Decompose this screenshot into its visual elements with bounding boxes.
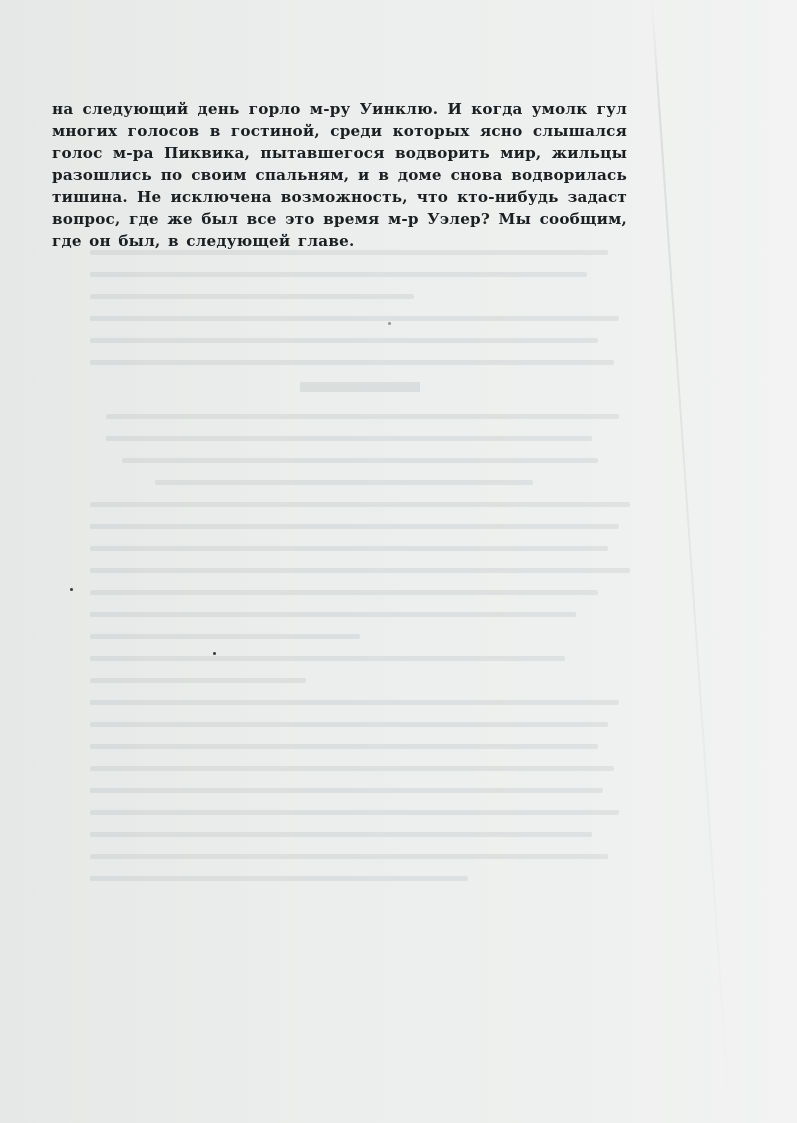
ink-speck [213, 652, 216, 655]
book-page: на следующий день горло м-ру Уинклю. И к… [0, 0, 797, 1123]
body-text: на следующий день горло м-ру Уинклю. И к… [52, 98, 627, 252]
page-fold-crease [651, 0, 732, 1123]
ink-speck [388, 322, 391, 325]
reverse-side-bleed-through [90, 250, 630, 940]
ink-speck [70, 588, 73, 591]
paragraph: на следующий день горло м-ру Уинклю. И к… [52, 98, 627, 252]
